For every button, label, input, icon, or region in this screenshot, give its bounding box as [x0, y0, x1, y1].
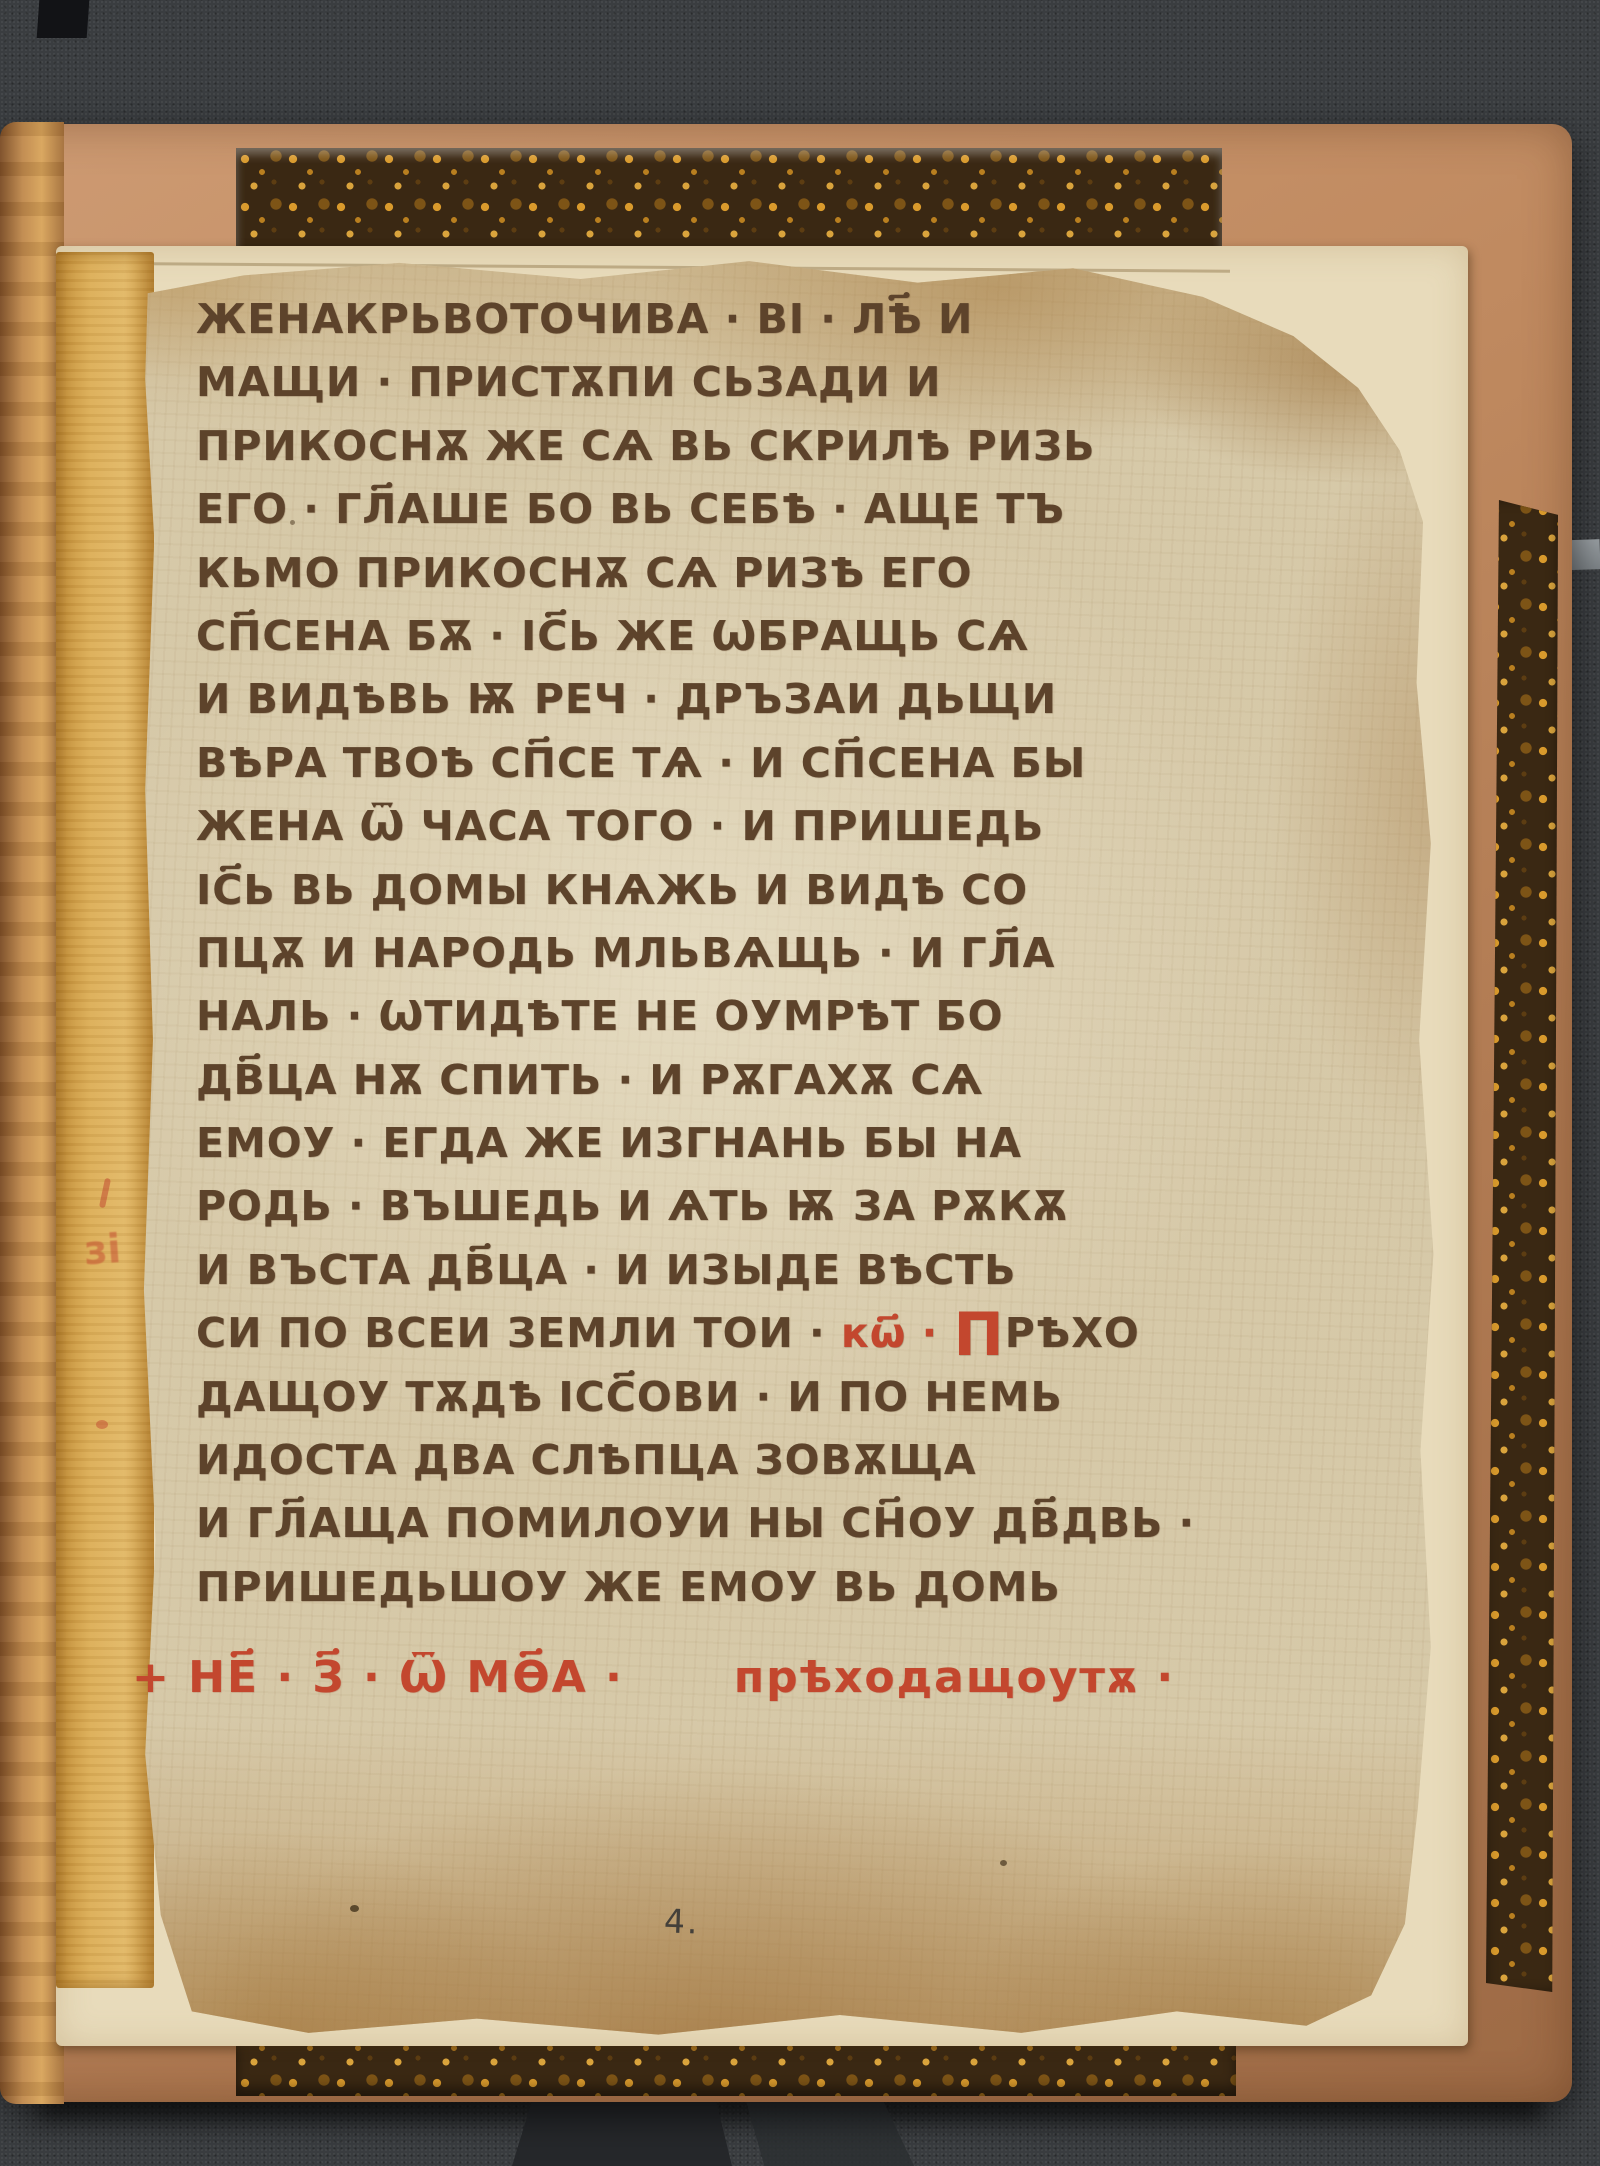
manuscript-text-line: ЕГО · ГЛ҃АШЕ БО ВЬ СЕБѢ · АЩЕ ТЪ — [196, 478, 1156, 541]
manuscript-text-line: РОДЬ · ВЪШЕДЬ И ѦТЬ Ѭ ЗА РѪКѪ — [196, 1175, 1156, 1238]
ink-segment: ЖЕНА Ѿ ЧАСА ТОГО · И ПРИШЕДЬ — [196, 802, 1044, 850]
ink-segment: ЖЕНАКРЬВОТОЧИВА · ВІ · ЛѢ҃ И — [196, 295, 973, 343]
manuscript-text-line: ПЦѪ И НАРОДЬ МЛЬВѦЩЬ · И ГЛ҃А — [196, 922, 1156, 985]
rubric-heading: + НЕ҃ · З҃ · Ѿ МѲ҃А · — [132, 1652, 624, 1703]
manuscript-text-line: И ВЪСТА ДВ҃ЦА · И ИЗЫДЕ ВѢСТЬ — [196, 1239, 1156, 1302]
ink-segment: МАЩИ · ПРИСТѪПИ СЬЗАДИ И — [196, 358, 941, 406]
manuscript-text-line: ИДОСТА ДВА СЛѢПЦА ЗОВѪЩА — [196, 1429, 1156, 1492]
ink-speck — [350, 1905, 359, 1912]
ink-segment: ІС҃Ь ВЬ ДОМЫ КНѦЖЬ И ВИДѢ СО — [196, 866, 1028, 914]
ink-segment: ПРИКОСНѪ ЖЕ СѦ ВЬ СКРИЛѢ РИЗЬ — [196, 422, 1095, 470]
ink-segment: ПЦѪ И НАРОДЬ МЛЬВѦЩЬ · И ГЛ҃А — [196, 929, 1055, 977]
ink-segment: ДАЩОУ ТѪДѢ ІСС҃ОВИ · И ПО НЕМЬ — [196, 1373, 1063, 1421]
ink-segment: И ВЪСТА ДВ҃ЦА · И ИЗЫДЕ ВѢСТЬ — [196, 1246, 1016, 1294]
manuscript-text-line: ЖЕНА Ѿ ЧАСА ТОГО · И ПРИШЕДЬ — [196, 795, 1156, 858]
manuscript-text-line: ЕМОУ · ЕГДА ЖЕ ИЗГНАНЬ БЫ НА — [196, 1112, 1156, 1175]
ink-segment: И ВИДѢВЬ Ѭ РЕЧ · ДРЪЗАИ ДЬЩИ — [196, 675, 1057, 723]
manuscript-text-line: ВѢРА ТВОѢ СП҃СЕ ТѦ · И СП҃СЕНА БЫ — [196, 732, 1156, 795]
margin-note-red: зі — [82, 1223, 130, 1278]
ink-segment: КЬМО ПРИКОСНѪ СѦ РИЗѢ ЕГО — [196, 549, 973, 597]
ink-segment: ВѢРА ТВОѢ СП҃СЕ ТѦ · И СП҃СЕНА БЫ — [196, 739, 1086, 787]
manuscript-text-line: ІС҃Ь ВЬ ДОМЫ КНѦЖЬ И ВИДѢ СО — [196, 859, 1156, 922]
ink-segment: ЕМОУ · ЕГДА ЖЕ ИЗГНАНЬ БЫ НА — [196, 1119, 1022, 1167]
folio-number: 4. — [663, 1901, 700, 1941]
rubric-line: + НЕ҃ · З҃ · Ѿ МѲ҃А · прѣходащоутѫ · — [132, 1652, 1175, 1703]
ink-segment: ПРИШЕДЬШОУ ЖЕ ЕМОУ ВЬ ДОМЬ — [196, 1563, 1061, 1611]
manuscript-text-line: КЬМО ПРИКОСНѪ СѦ РИЗѢ ЕГО — [196, 542, 1156, 605]
manuscript-text-line: ДАЩОУ ТѪДѢ ІСС҃ОВИ · И ПО НЕМЬ — [196, 1366, 1156, 1429]
book-spine-leather — [0, 122, 64, 2104]
manuscript-text-block: ЖЕНАКРЬВОТОЧИВА · ВІ · ЛѢ҃ ИМАЩИ · ПРИСТ… — [196, 288, 1156, 1619]
ink-segment: СП҃СЕНА БѪ · ІС҃Ь ЖЕ ѠБРАЩЬ СѦ — [196, 612, 1029, 660]
manuscript-text-line: И ГЛ҃АЩА ПОМИЛОУИ НЫ СН҃ОУ ДВ҃ДВЬ · — [196, 1492, 1156, 1555]
manuscript-text-line: ПРИКОСНѪ ЖЕ СѦ ВЬ СКРИЛѢ РИЗЬ — [196, 415, 1156, 478]
manuscript-text-line: СИ ПО ВСЕИ ЗЕМЛИ ТОИ · кѡ҃ · ПРѢХО — [196, 1302, 1156, 1365]
manuscript-text-line: И ВИДѢВЬ Ѭ РЕЧ · ДРЪЗАИ ДЬЩИ — [196, 668, 1156, 731]
ink-segment: ЕГО · ГЛ҃АШЕ БО ВЬ СЕБѢ · АЩЕ ТЪ — [196, 485, 1065, 533]
rubric-segment: кѡ҃ · — [841, 1309, 954, 1357]
ink-segment: И ГЛ҃АЩА ПОМИЛОУИ НЫ СН҃ОУ ДВ҃ДВЬ · — [196, 1499, 1195, 1547]
ink-segment: РОДЬ · ВЪШЕДЬ И ѦТЬ Ѭ ЗА РѪКѪ — [196, 1182, 1068, 1230]
bookmark-strap — [37, 0, 90, 38]
manuscript-text-line: НАЛЬ · ѠТИДѢТЕ НЕ ОУМРѢТ БО — [196, 985, 1156, 1048]
ink-segment: ДВ҃ЦА НѪ СПИТЬ · И РѪГАХѪ СѦ — [196, 1056, 983, 1104]
ink-segment: ИДОСТА ДВА СЛѢПЦА ЗОВѪЩА — [196, 1436, 977, 1484]
manuscript-text-line: МАЩИ · ПРИСТѪПИ СЬЗАДИ И — [196, 351, 1156, 414]
yellowed-guard-strip — [56, 252, 154, 1988]
manuscript-text-line: ПРИШЕДЬШОУ ЖЕ ЕМОУ ВЬ ДОМЬ — [196, 1556, 1156, 1619]
cradle-strap-shadow — [512, 2094, 732, 2166]
ink-segment: НАЛЬ · ѠТИДѢТЕ НЕ ОУМРѢТ БО — [196, 992, 1003, 1040]
ink-segment: СИ ПО ВСЕИ ЗЕМЛИ ТОИ · — [196, 1309, 841, 1357]
manuscript-text-line: ДВ҃ЦА НѪ СПИТЬ · И РѪГАХѪ СѦ — [196, 1049, 1156, 1112]
ink-speck — [1000, 1860, 1007, 1866]
margin-red-dot — [96, 1420, 108, 1429]
rubric-incipit: прѣходащоутѫ · — [734, 1652, 1175, 1703]
manuscript-text-line: ЖЕНАКРЬВОТОЧИВА · ВІ · ЛѢ҃ И — [196, 288, 1156, 351]
rubric-segment: П — [953, 1300, 1004, 1370]
ink-segment: РѢХО — [1005, 1309, 1140, 1357]
marbled-paper-top-band — [236, 148, 1222, 252]
manuscript-text-line: СП҃СЕНА БѪ · ІС҃Ь ЖЕ ѠБРАЩЬ СѦ — [196, 605, 1156, 668]
